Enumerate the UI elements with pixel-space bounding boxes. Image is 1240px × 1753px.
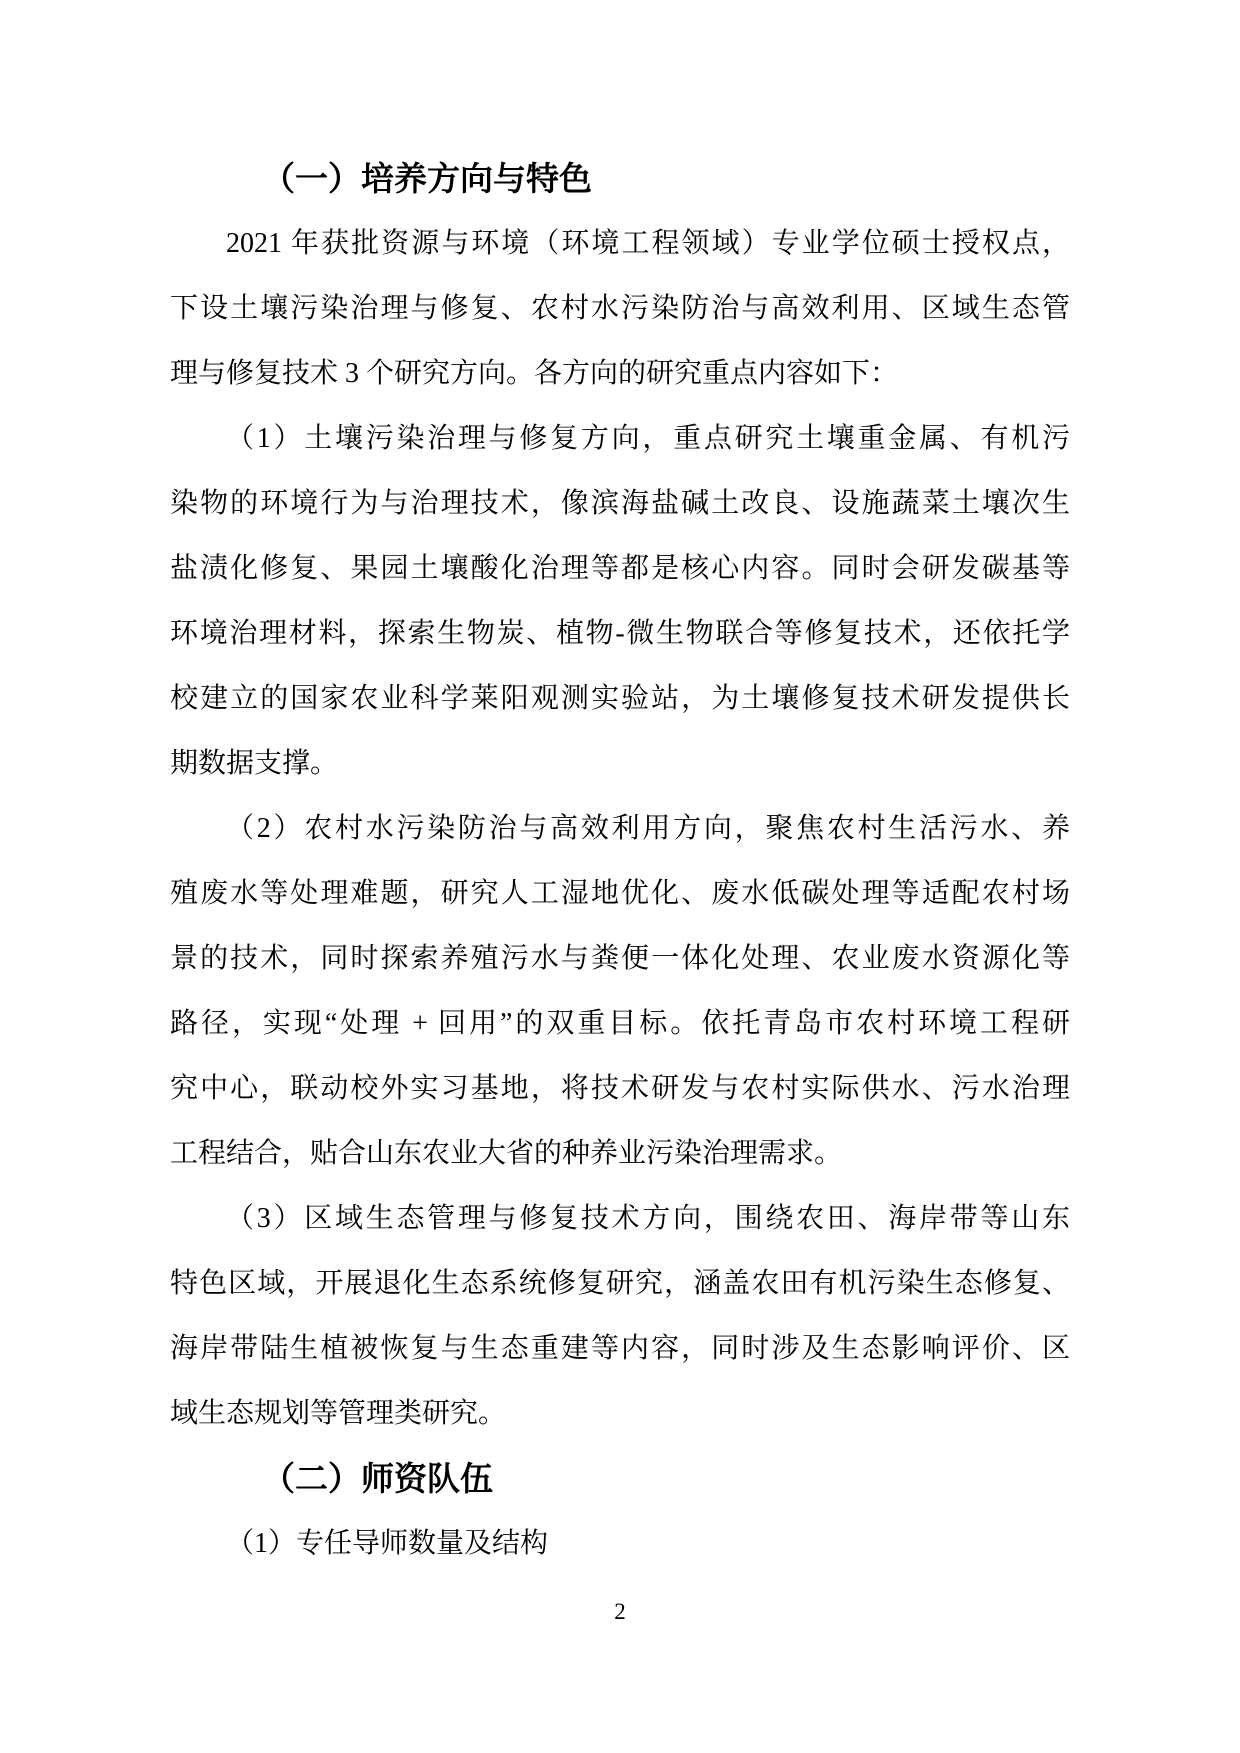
paragraph-line: 工程结合，贴合山东农业大省的种养业污染治理需求。: [170, 1121, 1070, 1186]
section-heading: （一）培养方向与特色: [170, 146, 1070, 211]
paragraph-line: 环境治理材料，探索生物炭、植物-微生物联合等修复技术，还依托学: [170, 601, 1070, 666]
sub-heading: （1）专任导师数量及结构: [170, 1511, 1070, 1576]
paragraph-line: 殖废水等处理难题，研究人工湿地优化、废水低碳处理等适配农村场: [170, 861, 1070, 926]
paragraph-line: （3）区域生态管理与修复技术方向，围绕农田、海岸带等山东: [170, 1186, 1070, 1251]
paragraph-line: 景的技术，同时探索养殖污水与粪便一体化处理、农业废水资源化等: [170, 926, 1070, 991]
paragraph-line: 下设土壤污染治理与修复、农村水污染防治与高效利用、区域生态管: [170, 276, 1070, 341]
paragraph-line: 期数据支撑。: [170, 731, 1070, 796]
paragraph-line: 域生态规划等管理类研究。: [170, 1381, 1070, 1446]
paragraph-line: 海岸带陆生植被恢复与生态重建等内容，同时涉及生态影响评价、区: [170, 1316, 1070, 1381]
page-number: 2: [0, 1596, 1240, 1628]
paragraph-line: （2）农村水污染防治与高效利用方向，聚焦农村生活污水、养: [170, 796, 1070, 861]
paragraph-line: 染物的环境行为与治理技术，像滨海盐碱土改良、设施蔬菜土壤次生: [170, 471, 1070, 536]
document-content: （一）培养方向与特色2021 年获批资源与环境（环境工程领域）专业学位硕士授权点…: [170, 146, 1070, 1576]
paragraph-line: 理与修复技术 3 个研究方向。各方向的研究重点内容如下：: [170, 341, 1070, 406]
document-page: （一）培养方向与特色2021 年获批资源与环境（环境工程领域）专业学位硕士授权点…: [0, 0, 1240, 1753]
paragraph-line: 校建立的国家农业科学莱阳观测实验站，为土壤修复技术研发提供长: [170, 666, 1070, 731]
paragraph-line: 2021 年获批资源与环境（环境工程领域）专业学位硕士授权点，: [170, 211, 1070, 276]
section-heading: （二）师资队伍: [170, 1446, 1070, 1511]
paragraph-line: 究中心，联动校外实习基地，将技术研发与农村实际供水、污水治理: [170, 1056, 1070, 1121]
paragraph-line: 路径，实现“处理 + 回用”的双重目标。依托青岛市农村环境工程研: [170, 991, 1070, 1056]
paragraph-line: 盐渍化修复、果园土壤酸化治理等都是核心内容。同时会研发碳基等: [170, 536, 1070, 601]
paragraph-line: 特色区域，开展退化生态系统修复研究，涵盖农田有机污染生态修复、: [170, 1251, 1070, 1316]
paragraph-line: （1）土壤污染治理与修复方向，重点研究土壤重金属、有机污: [170, 406, 1070, 471]
